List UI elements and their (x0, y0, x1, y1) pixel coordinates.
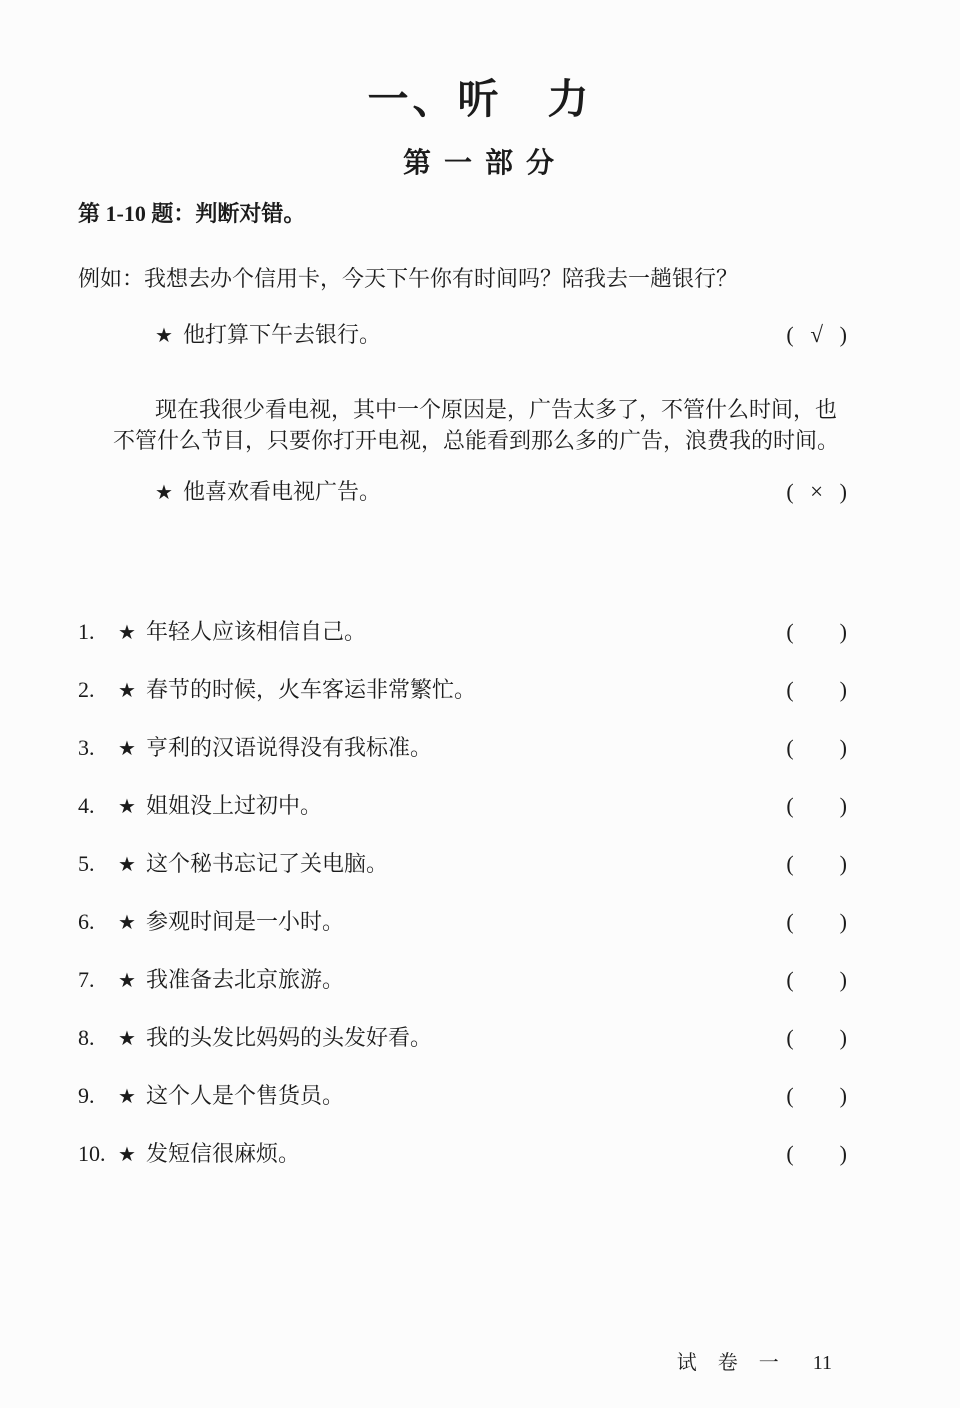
example-statement-text: 他打算下午去银行。 (183, 322, 381, 347)
paren-close: ) (840, 1141, 847, 1166)
star-icon: ★ (118, 1026, 146, 1053)
question-statement: 我准备去北京旅游。 (146, 967, 344, 992)
star-icon: ★ (118, 620, 146, 647)
question-row-1: 1.★年轻人应该相信自己。 () (78, 618, 882, 676)
paren-open: ( (786, 793, 793, 818)
question-statement: 这个秘书忘记了关电脑。 (146, 851, 388, 876)
question-statement: 春节的时候，火车客运非常繁忙。 (146, 677, 476, 702)
example-statement-row-1: ★他打算下午去银行。 (√) (78, 321, 882, 350)
question-statement: 参观时间是一小时。 (146, 909, 344, 934)
passage-line-2: 不管什么节目，只要你打开电视，总能看到那么多的广告，浪费我的时间。 (113, 425, 853, 456)
example-statement-text: 他喜欢看电视广告。 (183, 479, 381, 504)
question-number: 6. (78, 908, 118, 935)
question-row-6: 6.★参观时间是一小时。 () (78, 908, 882, 966)
paren-close: ) (840, 851, 847, 876)
question-statement: 我的头发比妈妈的头发好看。 (146, 1025, 432, 1050)
question-row-2: 2.★春节的时候，火车客运非常繁忙。 () (78, 676, 882, 734)
paren-open: ( (786, 677, 793, 702)
star-icon: ★ (118, 1084, 146, 1111)
star-icon: ★ (155, 480, 183, 507)
answer-blank: (×) (786, 478, 847, 505)
question-number: 4. (78, 792, 118, 819)
page-number: 11 (813, 1352, 832, 1374)
star-icon: ★ (118, 678, 146, 705)
question-number: 7. (78, 966, 118, 993)
question-row-7: 7.★我准备去北京旅游。 () (78, 966, 882, 1024)
answer-blank: () (786, 676, 847, 703)
paren-open: ( (786, 1025, 793, 1050)
paren-open: ( (786, 851, 793, 876)
paren-close: ) (840, 619, 847, 644)
question-statement: 姐姐没上过初中。 (146, 793, 322, 818)
question-row-8: 8.★我的头发比妈妈的头发好看。 () (78, 1024, 882, 1082)
paren-close: ) (840, 793, 847, 818)
answer-blank: () (786, 1140, 847, 1167)
question-row-3: 3.★亨利的汉语说得没有我标准。 () (78, 734, 882, 792)
answer-blank: () (786, 1082, 847, 1109)
question-row-4: 4.★姐姐没上过初中。 () (78, 792, 882, 850)
question-number: 3. (78, 734, 118, 761)
paren-open: ( (786, 479, 793, 504)
question-row-5: 5.★这个秘书忘记了关电脑。 () (78, 850, 882, 908)
answer-blank: () (786, 618, 847, 645)
question-number: 9. (78, 1082, 118, 1109)
paren-open: ( (786, 322, 793, 347)
answer-blank: () (786, 850, 847, 877)
question-row-9: 9.★这个人是个售货员。 () (78, 1082, 882, 1140)
star-icon: ★ (118, 910, 146, 937)
question-list: 1.★年轻人应该相信自己。 () 2.★春节的时候，火车客运非常繁忙。 () 3… (78, 618, 882, 1198)
paren-close: ) (840, 479, 847, 504)
star-icon: ★ (155, 323, 183, 350)
paren-close: ) (840, 677, 847, 702)
answer-blank: (√) (786, 321, 847, 348)
question-statement: 这个人是个售货员。 (146, 1083, 344, 1108)
paren-close: ) (840, 1083, 847, 1108)
part-title: 第 一 部 分 (0, 141, 960, 181)
passage-line-1: 现在我很少看电视，其中一个原因是，广告太多了，不管什么时间，也 (113, 394, 853, 425)
star-icon: ★ (118, 852, 146, 879)
paren-close: ) (840, 322, 847, 347)
question-number: 8. (78, 1024, 118, 1051)
paren-open: ( (786, 1083, 793, 1108)
answer-blank: () (786, 792, 847, 819)
listening-passage: 现在我很少看电视，其中一个原因是，广告太多了，不管什么时间，也 不管什么节目，只… (113, 394, 853, 456)
question-number: 2. (78, 676, 118, 703)
star-icon: ★ (118, 1142, 146, 1169)
paren-open: ( (786, 967, 793, 992)
check-mark: √ (794, 321, 840, 348)
section-title: 一、听 力 (0, 66, 960, 125)
question-statement: 年轻人应该相信自己。 (146, 619, 366, 644)
answer-blank: () (786, 908, 847, 935)
paren-open: ( (786, 1141, 793, 1166)
question-row-10: 10.★发短信很麻烦。 () (78, 1140, 882, 1198)
paren-close: ) (840, 735, 847, 760)
star-icon: ★ (118, 968, 146, 995)
cross-mark: × (794, 478, 840, 505)
question-number: 5. (78, 850, 118, 877)
paren-open: ( (786, 735, 793, 760)
question-statement: 亨利的汉语说得没有我标准。 (146, 735, 432, 760)
exam-paper-page: 一、听 力 第 一 部 分 第 1-10 题：判断对错。 例如：我想去办个信用卡… (0, 0, 960, 1408)
question-number: 10. (78, 1140, 118, 1167)
example-statement-row-2: ★他喜欢看电视广告。 (×) (78, 478, 882, 507)
paren-open: ( (786, 909, 793, 934)
question-number: 1. (78, 618, 118, 645)
paren-close: ) (840, 909, 847, 934)
instruction-text: 第 1-10 题：判断对错。 (78, 197, 305, 228)
example-intro-text: 例如：我想去办个信用卡，今天下午你有时间吗？陪我去一趟银行？ (78, 262, 738, 293)
paren-close: ) (840, 1025, 847, 1050)
page-footer: 试 卷 一11 (677, 1346, 832, 1375)
paren-close: ) (840, 967, 847, 992)
answer-blank: () (786, 734, 847, 761)
booklet-label: 试 卷 一 (677, 1352, 787, 1374)
paren-open: ( (786, 619, 793, 644)
answer-blank: () (786, 1024, 847, 1051)
answer-blank: () (786, 966, 847, 993)
question-statement: 发短信很麻烦。 (146, 1141, 300, 1166)
star-icon: ★ (118, 736, 146, 763)
star-icon: ★ (118, 794, 146, 821)
